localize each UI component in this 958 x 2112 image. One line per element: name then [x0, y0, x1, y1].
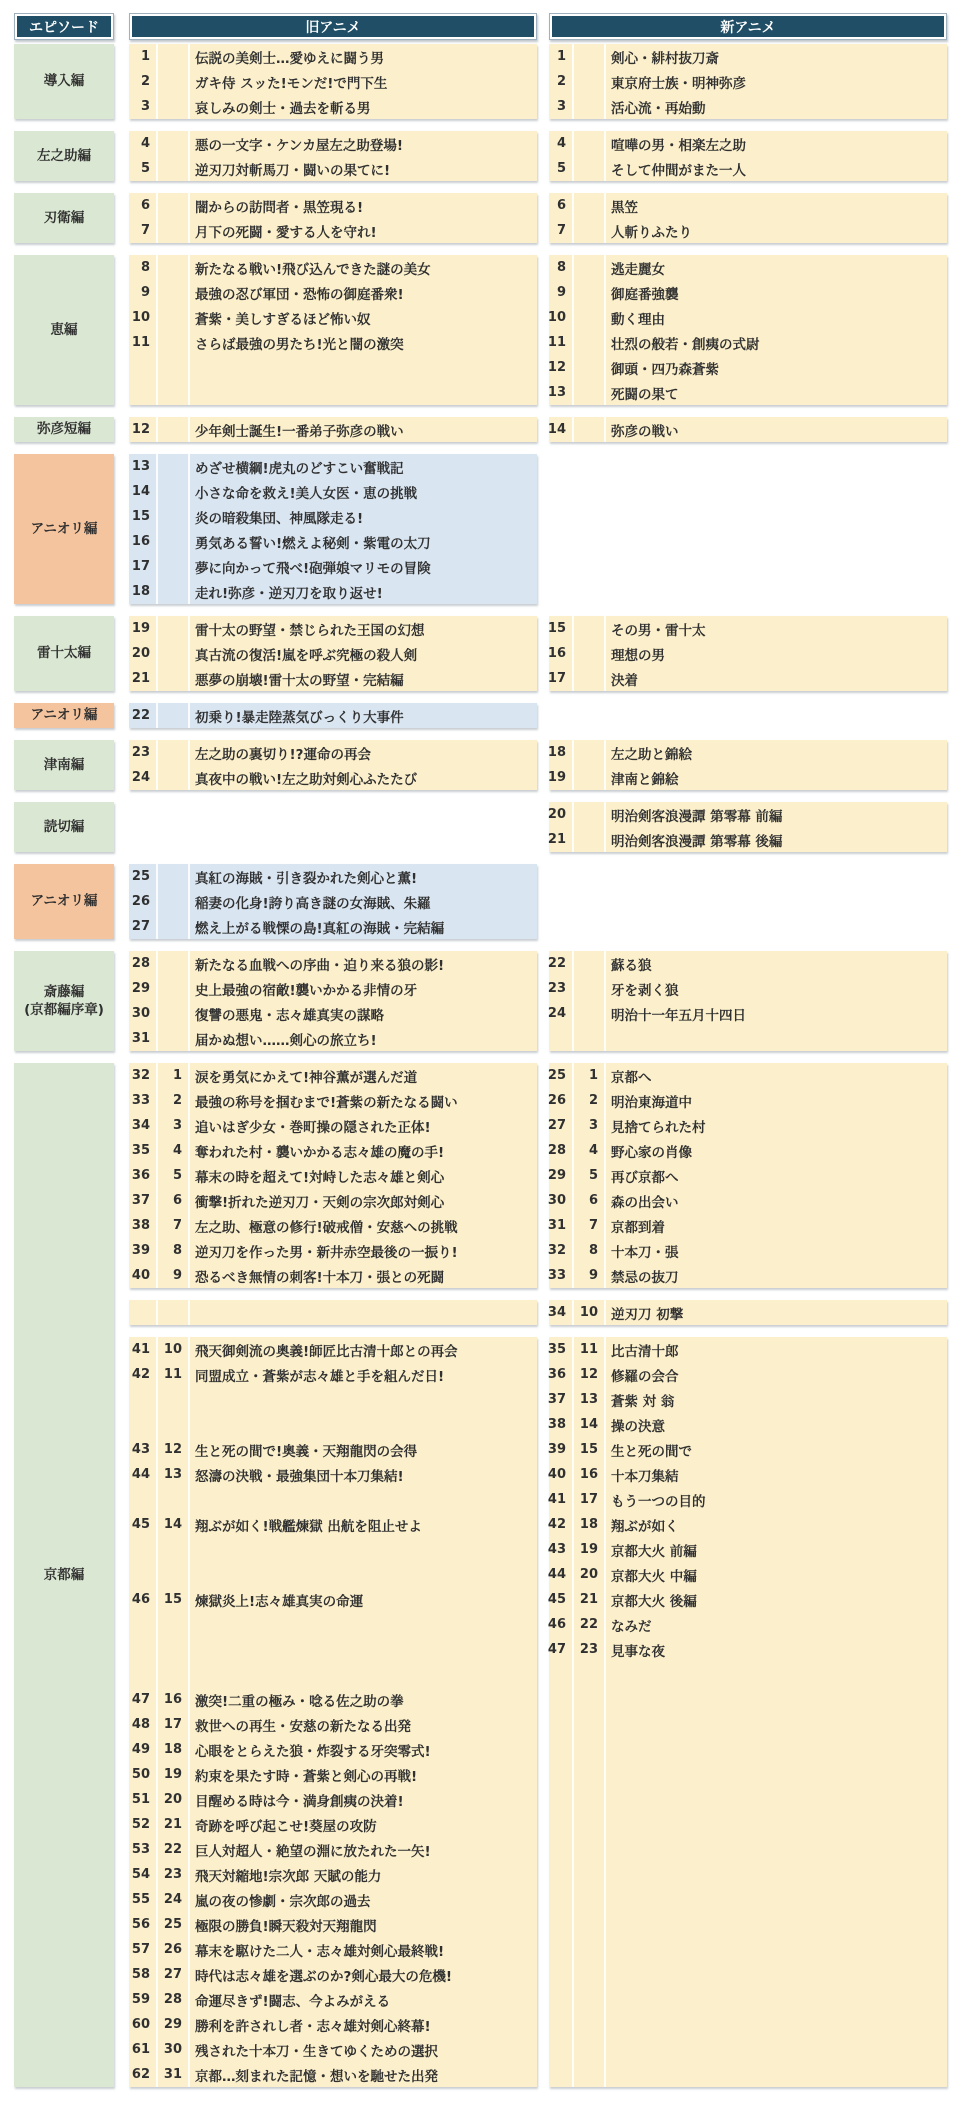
episode-subnumber-cell: 15 [574, 1437, 606, 1462]
episode-row: 4420京都大火 中編 [549, 1562, 947, 1587]
episode-title-cell [190, 355, 537, 380]
episode-title-cell: 約束を果たす時・蒼紫と剣心の再戦! [190, 1762, 537, 1787]
episode-number-cell: 8 [549, 255, 574, 280]
episode-subnumber-cell [574, 2037, 606, 2062]
episode-title-cell: 剣心・緋村抜刀斎 [606, 44, 947, 69]
episode-title-cell: 命運尽きず!闘志、今よみがえる [190, 1987, 537, 2012]
episode-row: 4521京都大火 後編 [549, 1587, 947, 1612]
arc-label-text: 左之助編 [37, 147, 91, 165]
episode-number-cell [129, 1637, 158, 1662]
arc-label: アニオリ編 [14, 454, 114, 604]
old-anime-block: 8新たなる戦い!飛び込んできた謎の美女9最強の忍び軍団・恐怖の御庭番衆!10蒼紫… [129, 255, 537, 405]
arc-columns: 23左之助の裏切り!?運命の再会24真夜中の戦い!左之助対剣心ふたたび18左之助… [129, 740, 947, 790]
episode-title-cell: 奇跡を呼び起こせ!葵屋の攻防 [190, 1812, 537, 1837]
episode-title-cell: 左之助、極意の修行!破戒僧・安慈への挑戦 [190, 1213, 537, 1238]
episode-subnumber-cell [574, 765, 606, 790]
arc-section: 津南編23左之助の裏切り!?運命の再会24真夜中の戦い!左之助対剣心ふたたび18… [14, 740, 958, 790]
episode-subnumber-cell [574, 951, 606, 976]
episode-title-cell [606, 1026, 947, 1051]
episode-number-cell: 36 [549, 1362, 574, 1387]
episode-subnumber-cell: 26 [158, 1937, 190, 1962]
episode-number-cell: 15 [129, 504, 158, 529]
episode-title-cell: 同盟成立・蒼紫が志々雄と手を組んだ日! [190, 1362, 537, 1387]
episode-number-cell: 27 [549, 1113, 574, 1138]
episode-subnumber-cell: 2 [574, 1088, 606, 1113]
episode-number-cell: 58 [129, 1962, 158, 1987]
episode-row: 10動く理由 [549, 305, 947, 330]
episode-subnumber-cell [158, 44, 190, 69]
arc-label: 恵編 [14, 255, 114, 405]
episode-number-cell [129, 380, 158, 405]
old-anime-block: 25真紅の海賊・引き裂かれた剣心と薫!26稲妻の化身!誇り高き謎の女海賊、朱羅2… [129, 864, 537, 939]
episode-subnumber-cell: 18 [574, 1512, 606, 1537]
new-anime-block: 1剣心・緋村抜刀斎2東京府士族・明神弥彦3活心流・再始動 [549, 44, 947, 119]
episode-row: 4817救世への再生・安慈の新たなる出発 [129, 1712, 537, 1737]
episode-subnumber-cell: 15 [158, 1587, 190, 1612]
episode-title-cell [606, 1712, 947, 1737]
episode-row [549, 2062, 947, 2087]
episode-title-cell: もう一つの目的 [606, 1487, 947, 1512]
episode-row [549, 2037, 947, 2062]
episode-title-cell [190, 1412, 537, 1437]
episode-title-cell: 東京府士族・明神弥彦 [606, 69, 947, 94]
episode-number-cell [549, 864, 574, 889]
episode-row: 5726幕末を駆けた二人・志々雄対剣心最終戦! [129, 1937, 537, 1962]
episode-number-cell: 7 [129, 218, 158, 243]
episode-subnumber-cell: 8 [574, 1238, 606, 1263]
episode-row: 26稲妻の化身!誇り高き謎の女海賊、朱羅 [129, 889, 537, 914]
episode-row: 262明治東海道中 [549, 1088, 947, 1113]
episode-number-cell: 62 [129, 2062, 158, 2087]
episode-title-cell [606, 554, 947, 579]
episode-number-cell: 16 [129, 529, 158, 554]
episode-title-cell: 明治十一年五月十四日 [606, 1001, 947, 1026]
episode-title-cell [606, 1887, 947, 1912]
episode-row: 321涙を勇気にかえて!神谷薫が選んだ道 [129, 1063, 537, 1088]
episode-title-cell: 勇気ある誓い!燃えよ秘剣・紫電の太刀 [190, 529, 537, 554]
episode-subnumber-cell: 11 [158, 1362, 190, 1387]
episode-subnumber-cell [574, 1962, 606, 1987]
arc-label-text: 恵編 [51, 321, 78, 339]
old-anime-column: 13めざせ横綱!虎丸のどすこい奮戦記14小さな命を救え!美人女医・恵の挑戦15炎… [129, 454, 537, 604]
episode-row: 5827時代は志々雄を選ぶのか?剣心最大の危機! [129, 1962, 537, 1987]
episode-title-cell: 逆刃刀を作った男・新井赤空最後の一振り! [190, 1238, 537, 1263]
episode-row [129, 827, 537, 852]
episode-title-cell: 燃え上がる戦慄の島!真紅の海賊・完結編 [190, 914, 537, 939]
episode-subnumber-cell [574, 131, 606, 156]
episode-number-cell: 10 [129, 305, 158, 330]
episode-title-cell: 野心家の肖像 [606, 1138, 947, 1163]
episode-title-cell [606, 703, 947, 728]
episode-title-cell [190, 802, 537, 827]
episode-subnumber-cell [574, 914, 606, 939]
episode-number-cell [549, 889, 574, 914]
episode-title-cell: 新たなる戦い!飛び込んできた謎の美女 [190, 255, 537, 280]
arc-label: 左之助編 [14, 131, 114, 181]
episode-subnumber-cell: 10 [574, 1300, 606, 1325]
arc-section: アニオリ編13めざせ横綱!虎丸のどすこい奮戦記14小さな命を救え!美人女医・恵の… [14, 454, 958, 604]
arc-columns: 28新たなる血戦への序曲・迫り来る狼の影!29史上最強の宿敵!襲いかかる非情の牙… [129, 951, 947, 1051]
new-anime-column: 15その男・雷十太16理想の男17決着 [549, 616, 947, 691]
episode-title-cell: 人斬りふたり [606, 218, 947, 243]
episode-title-cell: 逆刃刀対斬馬刀・闘いの果てに! [190, 156, 537, 181]
episode-row: 13死闘の果て [549, 380, 947, 405]
arc-columns: 25真紅の海賊・引き裂かれた剣心と薫!26稲妻の化身!誇り高き謎の女海賊、朱羅2… [129, 864, 947, 939]
episode-number-cell: 5 [549, 156, 574, 181]
episode-title-cell: 時代は志々雄を選ぶのか?剣心最大の危機! [190, 1962, 537, 1987]
episode-subnumber-cell [158, 504, 190, 529]
episode-number-cell: 52 [129, 1812, 158, 1837]
episode-title-cell: 京都到着 [606, 1213, 947, 1238]
episode-subnumber-cell: 31 [158, 2062, 190, 2087]
arc-columns: 13めざせ横綱!虎丸のどすこい奮戦記14小さな命を救え!美人女医・恵の挑戦15炎… [129, 454, 947, 604]
episode-number-cell: 45 [549, 1587, 574, 1612]
episode-subnumber-cell [574, 44, 606, 69]
episode-number-cell: 6 [549, 193, 574, 218]
episode-title-cell: 残された十本刀・生きてゆくための選択 [190, 2037, 537, 2062]
episode-row: 5322巨人対超人・絶望の淵に放たれた一矢! [129, 1837, 537, 1862]
arc-label-text: 導入編 [44, 72, 85, 90]
episode-subnumber-cell [158, 1387, 190, 1412]
episode-subnumber-cell [158, 1612, 190, 1637]
episode-title-cell: 津南と錦絵 [606, 765, 947, 790]
episode-row [549, 1662, 947, 1687]
episode-number-cell: 16 [549, 641, 574, 666]
episode-subnumber-cell [574, 380, 606, 405]
episode-title-cell: 涙を勇気にかえて!神谷薫が選んだ道 [190, 1063, 537, 1088]
episode-title-cell: 悪の一文字・ケンカ屋左之助登場! [190, 131, 537, 156]
episode-title-cell: 死闘の果て [606, 380, 947, 405]
episode-number-cell: 18 [129, 579, 158, 604]
episode-subnumber-cell [574, 1001, 606, 1026]
old-anime-block: 321涙を勇気にかえて!神谷薫が選んだ道332最強の称号を掴むまで!蒼紫の新たな… [129, 1063, 537, 1288]
episode-title-cell [606, 479, 947, 504]
episode-title-cell: 翔ぶが如く [606, 1512, 947, 1537]
episode-title-cell: 真紅の海賊・引き裂かれた剣心と薫! [190, 864, 537, 889]
episode-title-cell: 悪夢の崩壊!雷十太の野望・完結編 [190, 666, 537, 691]
episode-row: 11さらば最強の男たち!光と闇の激突 [129, 330, 537, 355]
episode-subnumber-cell: 11 [574, 1337, 606, 1362]
episode-subnumber-cell [574, 889, 606, 914]
arc-label-text: 斎藤編 [44, 983, 85, 1001]
episode-subnumber-cell [158, 765, 190, 790]
episode-number-cell [129, 1387, 158, 1412]
episode-number-cell [129, 827, 158, 852]
episode-subnumber-cell [574, 156, 606, 181]
arc-section: 読切編20明治剣客浪漫譚 第零幕 前編21明治剣客浪漫譚 第零幕 後編 [14, 802, 958, 852]
episode-subnumber-cell [574, 976, 606, 1001]
episode-title-cell: 夢に向かって飛べ!砲弾娘マリモの冒険 [190, 554, 537, 579]
arc-label: 読切編 [14, 802, 114, 852]
old-anime-header: 旧アニメ [129, 13, 537, 40]
episode-number-cell: 27 [129, 914, 158, 939]
episode-title-cell: 喧嘩の男・相楽左之助 [606, 131, 947, 156]
episode-subnumber-cell [158, 1300, 190, 1325]
episode-number-cell: 38 [549, 1412, 574, 1437]
episode-title-cell: 初乗り!暴走陸蒸気びっくり大事件 [190, 703, 537, 728]
episode-row: 20真古流の復活!嵐を呼ぶ究極の殺人剣 [129, 641, 537, 666]
episode-row [129, 1300, 537, 1325]
episode-title-cell: 京都大火 後編 [606, 1587, 947, 1612]
old-anime-column [129, 802, 537, 852]
episode-number-cell: 12 [549, 355, 574, 380]
episode-number-cell [549, 2037, 574, 2062]
episode-row: 3814操の決意 [549, 1412, 947, 1437]
old-anime-column: 1伝説の美剣士…愛ゆえに闘う男2ガキ侍 スッた!モンだ!で門下生3哀しみの剣士・… [129, 44, 537, 119]
arc-section: 左之助編4悪の一文字・ケンカ屋左之助登場!5逆刃刀対斬馬刀・闘いの果てに!4喧嘩… [14, 131, 958, 181]
episode-number-cell [549, 703, 574, 728]
episode-title-cell: 届かぬ想い……剣心の旅立ち! [190, 1026, 537, 1051]
episode-title-cell: 逃走麗女 [606, 255, 947, 280]
old-anime-column: 12少年剣士誕生!一番弟子弥彦の戦い [129, 417, 537, 442]
episode-title-cell [606, 529, 947, 554]
old-anime-block: 28新たなる血戦への序曲・迫り来る狼の影!29史上最強の宿敵!襲いかかる非情の牙… [129, 951, 537, 1051]
episode-title-cell: 京都へ [606, 1063, 947, 1088]
episode-row [129, 1662, 537, 1687]
arc-label: 斎藤編(京都編序章) [14, 951, 114, 1051]
old-anime-block: 19雷十太の野望・禁じられた王国の幻想20真古流の復活!嵐を呼ぶ究極の殺人剣21… [129, 616, 537, 691]
episode-title-cell: 左之助と錦絵 [606, 740, 947, 765]
episode-subnumber-cell [158, 417, 190, 442]
episode-row: 6130残された十本刀・生きてゆくための選択 [129, 2037, 537, 2062]
episode-subnumber-cell: 19 [574, 1537, 606, 1562]
episode-row: 22蘇る狼 [549, 951, 947, 976]
episode-number-cell [549, 1862, 574, 1887]
episode-number-cell: 37 [129, 1188, 158, 1213]
arc-label: アニオリ編 [14, 703, 114, 728]
arc-label-text: 京都編 [44, 1566, 85, 1584]
arc-label: 導入編 [14, 44, 114, 119]
episode-row: 17夢に向かって飛べ!砲弾娘マリモの冒険 [129, 554, 537, 579]
episode-number-cell: 46 [129, 1587, 158, 1612]
episode-number-cell [549, 1662, 574, 1687]
episode-subnumber-cell [574, 529, 606, 554]
episode-number-cell [549, 1837, 574, 1862]
episode-number-cell [549, 579, 574, 604]
episode-title-cell: 小さな命を救え!美人女医・恵の挑戦 [190, 479, 537, 504]
episode-subnumber-cell [158, 703, 190, 728]
episode-subnumber-cell [574, 69, 606, 94]
episode-subnumber-cell: 5 [158, 1163, 190, 1188]
episode-row [549, 1962, 947, 1987]
episode-title-cell: 炎の暗殺集団、神風隊走る! [190, 504, 537, 529]
episode-row: 4218翔ぶが如く [549, 1512, 947, 1537]
episode-title-cell: 闇からの訪問者・黒笠現る! [190, 193, 537, 218]
episode-title-cell [190, 1387, 537, 1412]
episode-subnumber-cell [158, 94, 190, 119]
episode-subnumber-cell: 22 [574, 1612, 606, 1637]
arc-columns: 19雷十太の野望・禁じられた王国の幻想20真古流の復活!嵐を呼ぶ究極の殺人剣21… [129, 616, 947, 691]
arc-label-text: (京都編序章) [24, 1001, 104, 1019]
episode-title-cell: 修羅の会合 [606, 1362, 947, 1387]
episode-number-cell: 2 [129, 69, 158, 94]
old-anime-block: 13めざせ横綱!虎丸のどすこい奮戦記14小さな命を救え!美人女医・恵の挑戦15炎… [129, 454, 537, 604]
episode-row: 5019約束を果たす時・蒼紫と剣心の再戦! [129, 1762, 537, 1787]
episode-title-cell [606, 504, 947, 529]
episode-number-cell [549, 914, 574, 939]
episode-number-cell [549, 1712, 574, 1737]
episode-title-cell: 明治剣客浪漫譚 第零幕 後編 [606, 827, 947, 852]
episode-number-cell: 38 [129, 1213, 158, 1238]
episode-row: 4312生と死の間で!奥義・天翔龍閃の会得 [129, 1437, 537, 1462]
episode-row [549, 1737, 947, 1762]
arc-section: 雷十太編19雷十太の野望・禁じられた王国の幻想20真古流の復活!嵐を呼ぶ究極の殺… [14, 616, 958, 691]
episode-row: 9御庭番強襲 [549, 280, 947, 305]
episode-subnumber-cell [574, 330, 606, 355]
episode-title-cell: 明治東海道中 [606, 1088, 947, 1113]
arc-columns: 4悪の一文字・ケンカ屋左之助登場!5逆刃刀対斬馬刀・闘いの果てに!4喧嘩の男・相… [129, 131, 947, 181]
episode-row: 5逆刃刀対斬馬刀・闘いの果てに! [129, 156, 537, 181]
episode-title-cell: 翔ぶが如く!戦艦煉獄 出航を阻止せよ [190, 1512, 537, 1537]
episode-number-cell: 57 [129, 1937, 158, 1962]
episode-row: 11壮烈の般若・創痍の式尉 [549, 330, 947, 355]
episode-row: 409恐るべき無情の刺客!十本刀・張との死闘 [129, 1263, 537, 1288]
episode-subnumber-cell [158, 666, 190, 691]
episode-row: 295再び京都へ [549, 1163, 947, 1188]
episode-title-cell [606, 1912, 947, 1937]
episode-subnumber-cell [574, 579, 606, 604]
new-anime-block: 3410逆刃刀 初撃 [549, 1300, 947, 1325]
episode-subnumber-cell: 20 [158, 1787, 190, 1812]
episode-title-cell [190, 380, 537, 405]
episode-title-cell: 巨人対超人・絶望の淵に放たれた一矢! [190, 1837, 537, 1862]
episode-number-cell [549, 1687, 574, 1712]
episode-number-cell [129, 1537, 158, 1562]
old-anime-block: 1伝説の美剣士…愛ゆえに闘う男2ガキ侍 スッた!モンだ!で門下生3哀しみの剣士・… [129, 44, 537, 119]
episode-title-cell: 衝撃!折れた逆刃刀・天剣の宗次郎対剣心 [190, 1188, 537, 1213]
episode-row: 7人斬りふたり [549, 218, 947, 243]
episode-number-cell: 54 [129, 1862, 158, 1887]
episode-number-cell: 28 [129, 951, 158, 976]
episode-title-cell: 勝利を許されし者・志々雄対剣心終幕! [190, 2012, 537, 2037]
old-anime-block: 4110飛天御剣流の奥義!師匠比古清十郎との再会4211同盟成立・蒼紫が志々雄と… [129, 1337, 537, 2087]
episode-title-cell: 黒笠 [606, 193, 947, 218]
episode-subnumber-cell [158, 951, 190, 976]
episode-title-cell: 新たなる血戦への序曲・迫り来る狼の影! [190, 951, 537, 976]
episode-subnumber-cell [574, 305, 606, 330]
new-anime-column: 4喧嘩の男・相楽左之助5そして仲間がまた一人 [549, 131, 947, 181]
episode-subnumber-cell [574, 802, 606, 827]
episode-number-cell: 33 [549, 1263, 574, 1288]
episode-title-cell: そして仲間がまた一人 [606, 156, 947, 181]
new-anime-block: 18左之助と錦絵19津南と錦絵 [549, 740, 947, 790]
episode-subnumber-cell: 19 [158, 1762, 190, 1787]
episode-number-cell: 51 [129, 1787, 158, 1812]
episode-row: 14弥彦の戦い [549, 417, 947, 442]
episode-row [129, 1412, 537, 1437]
episode-subnumber-cell: 1 [158, 1063, 190, 1088]
episode-row: 8新たなる戦い!飛び込んできた謎の美女 [129, 255, 537, 280]
episode-subnumber-cell [574, 1687, 606, 1712]
episode-number-cell [549, 2062, 574, 2087]
episode-number-cell: 42 [129, 1362, 158, 1387]
episode-title-cell: 幕末の時を超えて!対峙した志々雄と剣心 [190, 1163, 537, 1188]
old-anime-column: 6闇からの訪問者・黒笠現る!7月下の死闘・愛する人を守れ! [129, 193, 537, 243]
new-anime-column [549, 864, 947, 939]
episode-number-cell: 28 [549, 1138, 574, 1163]
episode-row [129, 355, 537, 380]
episode-row: 339禁忌の抜刀 [549, 1263, 947, 1288]
episode-subnumber-cell [574, 2012, 606, 2037]
new-anime-column: 1剣心・緋村抜刀斎2東京府士族・明神弥彦3活心流・再始動 [549, 44, 947, 119]
episode-row: 5423飛天対縮地!宗次郎 天賦の能力 [129, 1862, 537, 1887]
episode-title-cell [190, 1562, 537, 1587]
episode-subnumber-cell: 9 [574, 1263, 606, 1288]
episode-title-cell: 決着 [606, 666, 947, 691]
episode-title-cell [606, 1937, 947, 1962]
episode-title-cell: 蒼紫 対 翁 [606, 1387, 947, 1412]
episode-subnumber-cell [158, 802, 190, 827]
episode-number-cell: 59 [129, 1987, 158, 2012]
episode-subnumber-cell [574, 1837, 606, 1862]
episode-subnumber-cell: 12 [574, 1362, 606, 1387]
episode-number-cell: 39 [129, 1238, 158, 1263]
episode-title-cell: 森の出会い [606, 1188, 947, 1213]
episode-number-cell: 3 [549, 94, 574, 119]
episode-subnumber-cell: 12 [158, 1437, 190, 1462]
episode-subnumber-cell [574, 554, 606, 579]
episode-title-cell [190, 1300, 537, 1325]
episode-subnumber-cell [574, 1662, 606, 1687]
episode-number-cell: 32 [129, 1063, 158, 1088]
episode-number-cell: 17 [549, 666, 574, 691]
episode-title-cell: 救世への再生・安慈の新たなる出発 [190, 1712, 537, 1737]
episode-number-cell: 24 [129, 765, 158, 790]
episode-row: 376衝撃!折れた逆刃刀・天剣の宗次郎対剣心 [129, 1188, 537, 1213]
episode-title-cell [606, 1787, 947, 1812]
episode-number-cell: 47 [549, 1637, 574, 1662]
episode-row [549, 529, 947, 554]
episode-title-cell: 史上最強の宿敵!襲いかかる非情の牙 [190, 976, 537, 1001]
episode-row: 3511比古清十郎 [549, 1337, 947, 1362]
episode-title-cell: 走れ!弥彦・逆刃刀を取り返せ! [190, 579, 537, 604]
episode-row: 387左之助、極意の修行!破戒僧・安慈への挑戦 [129, 1213, 537, 1238]
episode-number-cell [129, 1487, 158, 1512]
episode-title-cell: 怒濤の決戦・最強集団十本刀集結! [190, 1462, 537, 1487]
episode-row [549, 914, 947, 939]
episode-column-header: エピソード [14, 13, 114, 40]
episode-title-cell: 奪われた村・襲いかかる志々雄の魔の手! [190, 1138, 537, 1163]
episode-title-cell: 弥彦の戦い [606, 417, 947, 442]
episode-row: 18左之助と錦絵 [549, 740, 947, 765]
episode-number-cell [549, 2012, 574, 2037]
episode-row: 3713蒼紫 対 翁 [549, 1387, 947, 1412]
episode-title-cell: 心眼をとらえた狼・炸裂する牙突零式! [190, 1737, 537, 1762]
episode-number-cell: 25 [129, 864, 158, 889]
episode-number-cell: 23 [549, 976, 574, 1001]
episode-number-cell: 17 [129, 554, 158, 579]
arc-section: 刃衛編6闇からの訪問者・黒笠現る!7月下の死闘・愛する人を守れ!6黒笠7人斬りふ… [14, 193, 958, 243]
episode-number-cell: 1 [549, 44, 574, 69]
episode-row: 273見捨てられた村 [549, 1113, 947, 1138]
new-anime-column: 18左之助と錦絵19津南と錦絵 [549, 740, 947, 790]
episode-row: 23牙を剥く狼 [549, 976, 947, 1001]
episode-row: 16理想の男 [549, 641, 947, 666]
episode-title-cell: 比古清十郎 [606, 1337, 947, 1362]
episode-subnumber-cell [158, 1537, 190, 1562]
episode-number-cell: 4 [129, 131, 158, 156]
episode-title-cell [606, 889, 947, 914]
old-anime-column: 321涙を勇気にかえて!神谷薫が選んだ道332最強の称号を掴むまで!蒼紫の新たな… [129, 1063, 537, 2087]
episode-row: 24真夜中の戦い!左之助対剣心ふたたび [129, 765, 537, 790]
arc-columns: 22初乗り!暴走陸蒸気びっくり大事件 [129, 703, 947, 728]
episode-row: 5928命運尽きず!闘志、今よみがえる [129, 1987, 537, 2012]
episode-title-cell: 十本刀集結 [606, 1462, 947, 1487]
episode-title-cell: 逆刃刀 初撃 [606, 1300, 947, 1325]
episode-row: 5625極限の勝負!瞬天殺対天翔龍閃 [129, 1912, 537, 1937]
episode-subnumber-cell [574, 1026, 606, 1051]
episode-subnumber-cell [158, 131, 190, 156]
